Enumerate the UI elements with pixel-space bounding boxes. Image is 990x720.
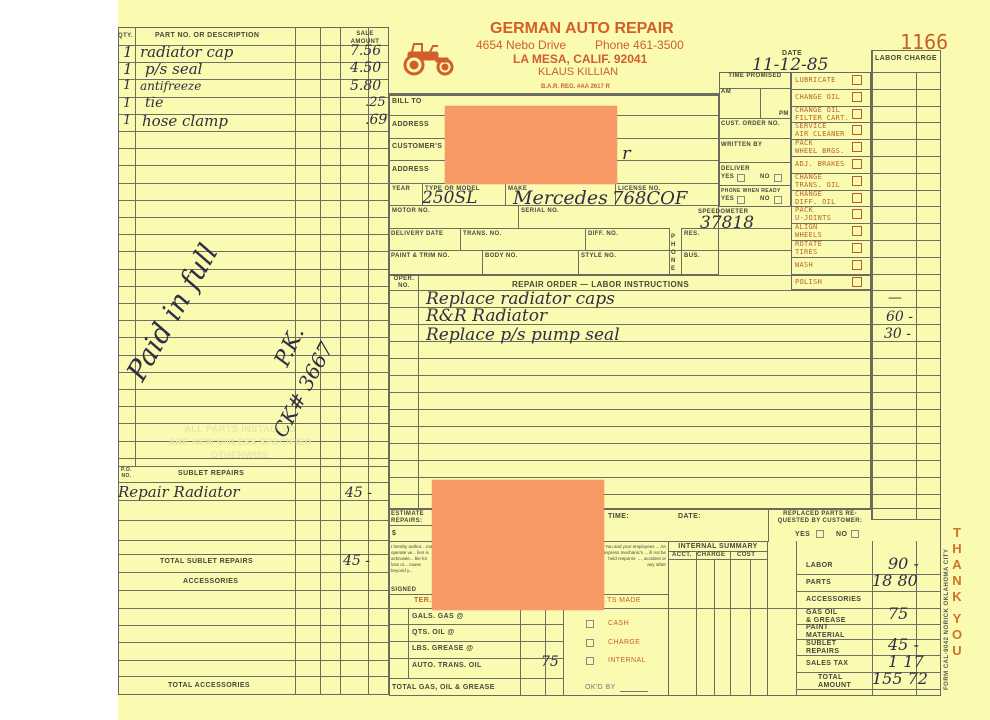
ruled-line bbox=[118, 540, 389, 541]
part-description: hose clamp bbox=[142, 112, 228, 130]
total-row-label: PAINT MATERIAL bbox=[806, 624, 845, 640]
service-checkbox[interactable] bbox=[852, 193, 862, 203]
style-no-label: STYLE NO. bbox=[581, 253, 616, 259]
redaction-sticker-customer bbox=[445, 106, 617, 184]
ruled-line bbox=[791, 257, 941, 258]
speedometer-value: 37818 bbox=[700, 213, 754, 233]
total-row-value: 75 bbox=[888, 604, 908, 623]
labor-charge-value: 30 - bbox=[884, 326, 911, 342]
year-label: YEAR bbox=[392, 186, 410, 192]
labor-charge-value: — bbox=[888, 290, 902, 306]
service-checkbox[interactable] bbox=[852, 260, 862, 270]
shop-city: LA MESA, CALIF. 92041 bbox=[513, 52, 647, 66]
thank-you-text: THANKYOU bbox=[950, 525, 964, 659]
shop-phone: Phone 461-3500 bbox=[595, 38, 684, 52]
part-description: antifreeze bbox=[140, 79, 201, 93]
service-checkbox[interactable] bbox=[852, 109, 862, 119]
acct-header: ACCT. bbox=[672, 552, 692, 558]
diff-no-label: DIFF. NO. bbox=[588, 231, 618, 237]
parts-watermark: ALL PARTS INSTALLED bbox=[140, 424, 340, 434]
ruled-line bbox=[118, 286, 389, 287]
okd-by-label: OK'D BY bbox=[585, 684, 616, 691]
ruled-line bbox=[389, 375, 941, 376]
phone-vertical-label: PHONE bbox=[671, 233, 679, 273]
service-item-label: LUBRICATE bbox=[795, 76, 836, 84]
ruled-line bbox=[389, 460, 941, 461]
time-promised-label: TIME PROMISED bbox=[722, 73, 788, 80]
qts-oil-label: QTS. OIL @ bbox=[412, 629, 455, 636]
replaced-yes-checkbox[interactable] bbox=[816, 530, 824, 538]
am-label: AM bbox=[721, 89, 731, 95]
ruled-line bbox=[796, 689, 941, 690]
internal-checkbox[interactable] bbox=[586, 657, 594, 665]
part-qty: 1 bbox=[123, 60, 133, 78]
gals-gas-label: GALS. GAS @ bbox=[412, 613, 464, 620]
replaced-parts-label: REPLACED PARTS RE-QUESTED BY CUSTOMER: bbox=[770, 511, 870, 525]
part-amount: .69 bbox=[365, 112, 387, 128]
ruled-line bbox=[389, 392, 941, 393]
internal-label: INTERNAL bbox=[608, 657, 646, 664]
service-item-label: CHANGE TRANS. OIL bbox=[795, 173, 840, 189]
sublet-title: SUBLET REPAIRS bbox=[178, 470, 244, 477]
parts-watermark: ARE NEW UNLESS SPECIFIED bbox=[140, 437, 340, 447]
auto-trans-oil-value: 75 bbox=[541, 654, 559, 670]
ruled-line bbox=[118, 372, 389, 373]
part-description: tie bbox=[145, 95, 163, 111]
total-row-label: PARTS bbox=[806, 579, 831, 587]
part-qty: 1 bbox=[123, 96, 131, 111]
total-row-value: 155 72 bbox=[872, 669, 928, 688]
labor-title: REPAIR ORDER — LABOR INSTRUCTIONS bbox=[512, 280, 689, 289]
shop-owner: KLAUS KILLIAN bbox=[538, 66, 618, 78]
ruled-line bbox=[118, 608, 389, 609]
res-label: RES. bbox=[684, 231, 700, 237]
replaced-no-label: NO bbox=[836, 531, 847, 538]
shop-name: GERMAN AUTO REPAIR bbox=[490, 20, 674, 38]
pm-label: PM bbox=[779, 111, 789, 117]
ruled-line bbox=[389, 409, 941, 410]
ruled-line bbox=[118, 676, 389, 677]
total-row-label: SUBLET REPAIRS bbox=[806, 640, 839, 656]
authorization-text-left: I hereby author... may operate ve... lie… bbox=[391, 544, 436, 574]
serial-label: SERIAL NO. bbox=[521, 208, 559, 214]
service-item-label: CHANGE DIFF. OIL bbox=[795, 190, 836, 206]
charge-checkbox[interactable] bbox=[586, 639, 594, 647]
part-qty: 1 bbox=[123, 78, 131, 93]
ruled-line bbox=[118, 269, 389, 270]
total-row-label: ACCESSORIES bbox=[806, 596, 861, 604]
cost-header: COST bbox=[737, 552, 755, 558]
phone-no-checkbox[interactable] bbox=[774, 196, 782, 204]
total-sublet-label: TOTAL SUBLET REPAIRS bbox=[160, 558, 253, 565]
part-description: p/s seal bbox=[145, 60, 202, 78]
part-amount: 7.56 bbox=[350, 43, 381, 59]
delivery-date-label: DELIVERY DATE bbox=[391, 231, 443, 237]
service-checkbox[interactable] bbox=[852, 176, 862, 186]
po-number-label: P.O. NO. bbox=[118, 467, 135, 479]
license-value: 768COF bbox=[612, 188, 687, 209]
customers-label: CUSTOMER'S bbox=[392, 143, 442, 150]
phone-when-ready-label: PHONE WHEN READY bbox=[721, 188, 781, 194]
total-gas-oil-label: TOTAL GAS, OIL & GREASE bbox=[392, 684, 495, 691]
auto-trans-oil-label: AUTO. TRANS. OIL bbox=[412, 662, 482, 669]
bus-label: BUS. bbox=[684, 253, 700, 259]
sublet-description: Repair Radiator bbox=[118, 483, 240, 501]
service-checkbox[interactable] bbox=[852, 75, 862, 85]
estimate-label: ESTIMATE REPAIRS: bbox=[391, 511, 431, 525]
address2-label: ADDRESS bbox=[392, 166, 429, 173]
deliver-no-label: NO bbox=[760, 174, 770, 180]
cash-checkbox[interactable] bbox=[586, 620, 594, 628]
date-label-estimate: DATE: bbox=[678, 513, 701, 520]
ruled-line bbox=[389, 426, 941, 427]
bar-registration: B.A.R. REG. #AA 2617 R bbox=[541, 84, 610, 90]
service-item-label: ROTATE TIRES bbox=[795, 240, 822, 256]
qty-header: QTY. bbox=[118, 33, 133, 39]
service-item-label: SERVICE AIR CLEANER bbox=[795, 122, 845, 138]
part-qty: 1 bbox=[123, 43, 133, 61]
ruled-line bbox=[118, 251, 389, 252]
charge-label: CHARGE bbox=[608, 639, 640, 646]
ruled-line bbox=[118, 572, 389, 573]
ruled-line bbox=[118, 148, 389, 149]
motor-label: MOTOR NO. bbox=[392, 208, 430, 214]
part-amount: .25 bbox=[365, 95, 386, 110]
ruled-line bbox=[118, 660, 389, 661]
internal-summary-title: INTERNAL SUMMARY bbox=[668, 543, 768, 550]
written-by-label: WRITTEN BY bbox=[721, 142, 762, 148]
part-amount: 4.50 bbox=[350, 60, 381, 76]
deliver-yes-label: YES bbox=[721, 174, 734, 180]
redaction-sticker-estimate bbox=[432, 480, 604, 610]
payments-made-label: ...TS MADE bbox=[600, 597, 641, 604]
phone-yes-label: YES bbox=[721, 196, 734, 202]
replaced-yes-label: YES bbox=[795, 531, 810, 538]
service-item-label: ALIGN WHEELS bbox=[795, 223, 822, 239]
service-checkbox[interactable] bbox=[852, 243, 862, 253]
service-item-label: ADJ. BRAKES bbox=[795, 160, 845, 168]
cust-order-label: CUST. ORDER NO. bbox=[721, 121, 780, 127]
parts-watermark: OTHERWISE bbox=[140, 450, 340, 460]
phone-no-label: NO bbox=[760, 196, 770, 202]
authorization-text-right: You and your employees ... An express me… bbox=[602, 544, 666, 568]
service-item-label: PACK WHEEL BRGS. bbox=[795, 139, 845, 155]
total-accessories-label: TOTAL ACCESSORIES bbox=[168, 682, 250, 689]
labor-charge-header: LABOR CHARGE bbox=[873, 55, 939, 63]
part-qty: 1 bbox=[123, 113, 131, 128]
service-item-label: CHANGE OIL FILTER CART. bbox=[795, 106, 849, 122]
make-value: Mercedes bbox=[513, 187, 608, 209]
antique-car-icon bbox=[400, 40, 458, 76]
address-label: ADDRESS bbox=[392, 121, 429, 128]
sublet-amount: 45 - bbox=[345, 485, 372, 501]
charge-header: CHARGE bbox=[697, 552, 725, 558]
ruled-line bbox=[118, 217, 389, 218]
service-checkbox[interactable] bbox=[852, 209, 862, 219]
ruled-line bbox=[118, 590, 389, 591]
ruled-line bbox=[389, 358, 941, 359]
total-row-value: 18 80 bbox=[872, 571, 918, 590]
ruled-line bbox=[118, 131, 389, 132]
ruled-line bbox=[118, 389, 389, 390]
ruled-line bbox=[118, 625, 389, 626]
signed-label: SIGNED bbox=[391, 587, 416, 593]
total-row-label: SALES TAX bbox=[806, 660, 848, 668]
shop-address: 4654 Nebo Drive bbox=[476, 38, 566, 52]
service-checkbox[interactable] bbox=[852, 142, 862, 152]
ruled-line bbox=[389, 477, 941, 478]
service-checkbox[interactable] bbox=[852, 226, 862, 236]
ruled-line bbox=[118, 200, 389, 201]
total-row-label: LABOR bbox=[806, 562, 833, 570]
ruled-line bbox=[791, 156, 941, 157]
internal-summary bbox=[668, 541, 768, 696]
service-checkbox[interactable] bbox=[852, 125, 862, 135]
service-checkbox[interactable] bbox=[852, 159, 862, 169]
service-item-label: PACK U-JOINTS bbox=[795, 206, 831, 222]
ruled-line bbox=[796, 591, 941, 592]
lbs-grease-label: LBS. GREASE @ bbox=[412, 645, 473, 652]
time-label: TIME: bbox=[608, 513, 629, 520]
deliver-no-checkbox[interactable] bbox=[774, 174, 782, 182]
replaced-no-checkbox[interactable] bbox=[851, 530, 859, 538]
cash-label: CASH bbox=[608, 620, 629, 627]
trans-no-label: TRANS. NO. bbox=[463, 231, 502, 237]
ruled-line bbox=[791, 89, 941, 90]
service-item-label: CHANGE OIL bbox=[795, 93, 840, 101]
phone-yes-checkbox[interactable] bbox=[737, 196, 745, 204]
part-amount: 5.80 bbox=[350, 78, 381, 94]
bill-to-label: BILL TO bbox=[392, 98, 422, 105]
service-checkbox[interactable] bbox=[852, 92, 862, 102]
ruled-line bbox=[118, 165, 389, 166]
part-description: radiator cap bbox=[140, 43, 233, 61]
accessories-title: ACCESSORIES bbox=[183, 578, 238, 585]
ruled-line bbox=[118, 234, 389, 235]
customer-name-partial: r bbox=[622, 143, 631, 164]
labor-charge-column bbox=[871, 50, 941, 520]
service-item-label: WASH bbox=[795, 261, 813, 269]
oper-no-label: OPER. NO. bbox=[390, 276, 418, 290]
total-row-label: GAS OIL & GREASE bbox=[806, 609, 846, 625]
total-sublet-value: 45 - bbox=[343, 553, 370, 569]
ruled-line bbox=[118, 406, 389, 407]
body-no-label: BODY NO. bbox=[485, 253, 518, 259]
deliver-label: DELIVER bbox=[721, 166, 750, 172]
labor-instruction: Replace p/s pump seal bbox=[426, 325, 620, 345]
labor-instruction: R&R Radiator bbox=[426, 306, 547, 326]
labor-charge-value: 60 - bbox=[886, 309, 913, 325]
ruled-line bbox=[796, 574, 941, 575]
model-value: 250SL bbox=[422, 188, 477, 208]
ruled-line bbox=[118, 183, 389, 184]
ruled-line bbox=[118, 642, 389, 643]
ruled-line bbox=[389, 443, 941, 444]
total-row-label: TOTAL AMOUNT bbox=[818, 674, 851, 690]
deliver-yes-checkbox[interactable] bbox=[737, 174, 745, 182]
paint-trim-label: PAINT & TRIM NO. bbox=[391, 253, 450, 259]
description-header: PART NO. OR DESCRIPTION bbox=[155, 32, 259, 39]
estimate-dollar: $ bbox=[392, 530, 396, 537]
ruled-line bbox=[118, 520, 389, 521]
